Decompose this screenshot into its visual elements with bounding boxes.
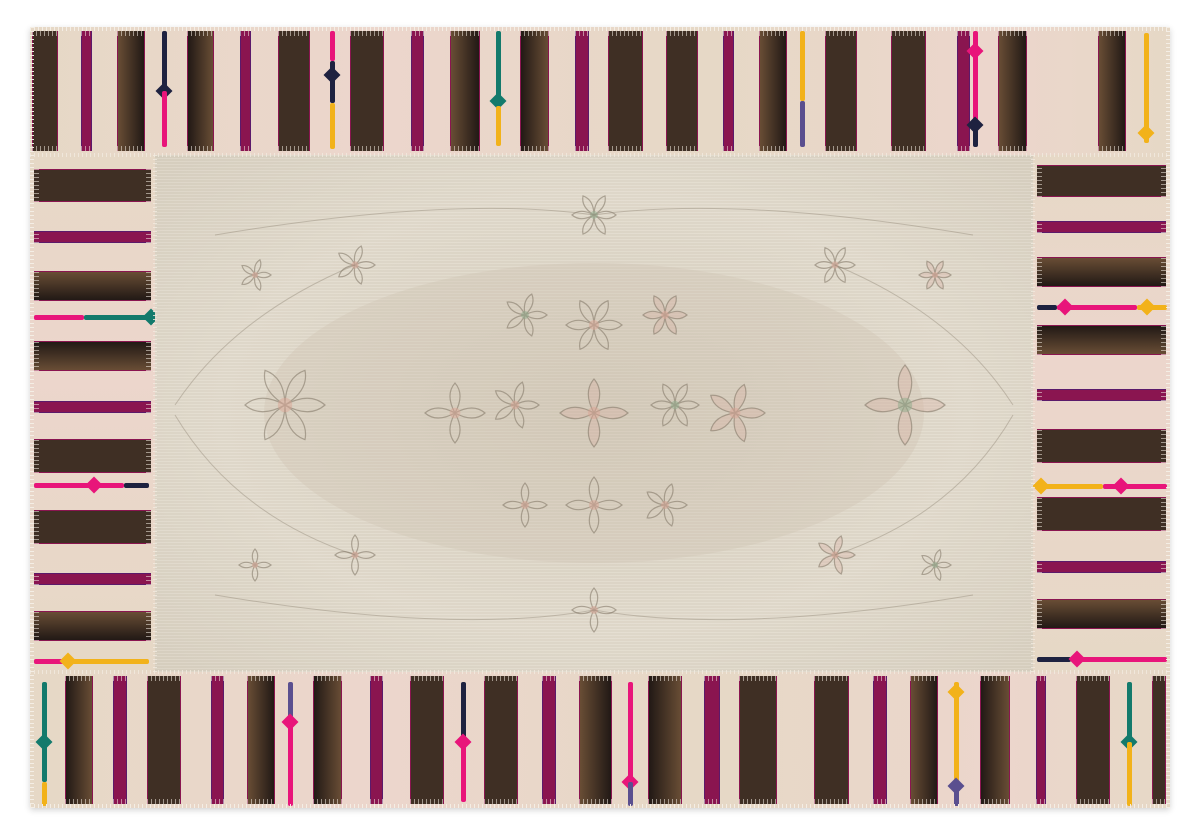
- kilim-stripe: [1036, 676, 1046, 804]
- vine-scroll: [594, 595, 973, 620]
- kilim-stripe: [1098, 31, 1126, 151]
- seam-right: [1031, 155, 1035, 672]
- embroidered-thread: [461, 742, 466, 802]
- kilim-stripe: [34, 510, 151, 544]
- embroidered-thread: [42, 782, 47, 806]
- right-kilim-border: [1033, 155, 1170, 672]
- embroidered-thread: [84, 315, 151, 320]
- kilim-stripe: [113, 676, 127, 804]
- kilim-stripe: [759, 31, 787, 151]
- kilim-stripe: [1037, 497, 1166, 531]
- embroidered-thread: [1037, 305, 1057, 310]
- kilim-stripe: [575, 31, 589, 151]
- kilim-stripe: [34, 169, 151, 202]
- kilim-stripe: [34, 439, 151, 473]
- embroidered-thread: [1127, 742, 1132, 806]
- kilim-stripe: [998, 31, 1027, 151]
- embroidered-thread: [800, 101, 805, 147]
- embroidered-thread: [330, 31, 335, 61]
- kilim-stripe: [825, 31, 857, 151]
- kilim-stripe: [411, 31, 424, 151]
- kilim-stripe: [542, 676, 556, 804]
- kilim-stripe: [278, 31, 310, 151]
- vine-scroll: [215, 595, 594, 620]
- embroidered-thread: [330, 103, 335, 149]
- kilim-stripe: [34, 341, 151, 371]
- kilim-stripe: [1037, 325, 1166, 355]
- embroidered-thread: [800, 31, 805, 101]
- embroidered-thread: [162, 91, 167, 147]
- kilim-stripe: [313, 676, 342, 804]
- embroidered-thread: [1037, 657, 1071, 662]
- kilim-stripe: [117, 31, 145, 151]
- embroidered-thread: [496, 106, 501, 146]
- seam-top: [30, 153, 1170, 157]
- kilim-stripe: [147, 676, 181, 804]
- kilim-stripe: [81, 31, 92, 151]
- seam-bottom: [30, 670, 1170, 674]
- kilim-stripe: [34, 611, 151, 641]
- kilim-stripe: [723, 31, 734, 151]
- kilim-stripe: [1076, 676, 1110, 804]
- top-kilim-border: [30, 27, 1170, 155]
- kilim-stripe: [65, 676, 93, 804]
- embroidered-thread: [628, 682, 633, 782]
- vine-scroll: [215, 208, 594, 235]
- kilim-stripe: [648, 676, 682, 804]
- kilim-stripe: [704, 676, 720, 804]
- bottom-kilim-border: [30, 672, 1170, 808]
- kilim-stripe: [520, 31, 549, 151]
- kilim-stripe: [34, 573, 151, 585]
- kilim-stripe: [211, 676, 224, 804]
- floral-motif: [922, 550, 951, 580]
- floral-motif: [919, 261, 951, 289]
- kilim-stripe: [1037, 599, 1166, 629]
- kilim-stripe: [873, 676, 887, 804]
- kilim-stripe: [187, 31, 214, 151]
- kilim-stripe: [34, 271, 151, 301]
- kilim-stripe: [1037, 221, 1166, 233]
- embroidered-thread: [288, 722, 293, 806]
- kilim-stripe: [247, 676, 275, 804]
- kilim-stripe: [891, 31, 926, 151]
- embroidered-thread: [34, 483, 124, 488]
- kilim-stripe: [34, 231, 151, 243]
- kilim-stripe: [1037, 389, 1166, 401]
- floral-motif: [339, 246, 375, 284]
- embroidered-thread: [1071, 657, 1167, 662]
- kilim-stripe: [1152, 676, 1166, 804]
- kilim-stripe: [1037, 165, 1166, 197]
- kilim-stripe: [240, 31, 251, 151]
- kilim-stripe: [370, 676, 383, 804]
- kilim-stripe: [450, 31, 480, 151]
- embroidered-thread: [64, 659, 149, 664]
- kilim-stripe: [1037, 257, 1166, 287]
- kilim-stripe: [579, 676, 612, 804]
- kilim-stripe: [1037, 429, 1166, 463]
- kilim-stripe: [814, 676, 849, 804]
- floral-motif: [819, 536, 855, 574]
- kilim-stripe: [410, 676, 444, 804]
- kilim-stripe: [910, 676, 938, 804]
- kilim-stripe: [34, 401, 151, 413]
- distressed-floral-center-field: [155, 155, 1033, 672]
- left-kilim-border: [30, 155, 155, 672]
- embroidered-thread: [42, 682, 47, 782]
- kilim-stripe: [739, 676, 777, 804]
- kilim-stripe: [484, 676, 518, 804]
- kilim-stripe: [980, 676, 1010, 804]
- kilim-stripe: [608, 31, 643, 151]
- seam-left: [153, 155, 157, 672]
- embroidered-thread: [34, 315, 84, 320]
- floral-motifs: [155, 155, 1033, 672]
- embroidered-thread: [124, 483, 149, 488]
- floral-motif: [242, 260, 271, 290]
- patchwork-rug: [30, 27, 1170, 808]
- vine-scroll: [594, 208, 973, 235]
- kilim-stripe: [666, 31, 698, 151]
- kilim-stripe: [32, 31, 58, 151]
- kilim-stripe: [1037, 561, 1166, 573]
- embroidered-thread: [628, 782, 633, 806]
- floral-motif: [239, 549, 271, 581]
- kilim-stripe: [350, 31, 384, 151]
